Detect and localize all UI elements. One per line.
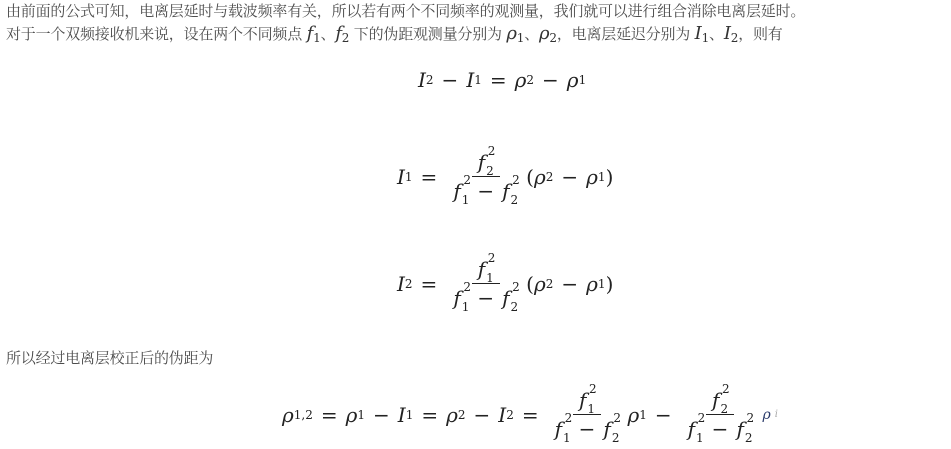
truncated-index: i [775, 409, 778, 420]
intro-line-2-part3: 电离层延迟分别为 [572, 25, 690, 43]
inline-math-I1: I1 [695, 23, 709, 44]
equation-3: I2 = f21 f21 − f22 (ρ2 − ρ1) [397, 257, 613, 310]
equation-2: I1 = f22 f21 − f22 (ρ2 − ρ1) [397, 150, 613, 203]
inline-math-rho2: ρ2 [539, 23, 557, 44]
conclusion-line: 所以经过电离层校正后的伪距为 [6, 347, 213, 369]
fraction: f21 f21 − f22 [549, 388, 626, 441]
inline-math-f1: f1 [307, 23, 321, 44]
fraction: f22 f21 − f22 [682, 388, 759, 441]
intro-line-1-text: 由前面的公式可知，电离层延时与载波频率有关，所以若有两个不同频率的观测量，我们就… [6, 2, 805, 20]
inline-math-I2: I2 [724, 23, 738, 44]
fraction: f22 f21 − f22 [447, 150, 524, 203]
equation-4: ρ1,2 = ρ1 − I1 = ρ2 − I2 = f21 f21 − f22… [282, 388, 778, 441]
conclusion-text: 所以经过电离层校正后的伪距为 [6, 349, 213, 367]
truncated-rho: ρ [762, 407, 770, 423]
intro-line-2: 对于一个双频接收机来说，设在两个不同频点 f1、f2 下的伪距观测量分别为 ρ1… [6, 23, 783, 45]
intro-line-2-part4: ，则有 [738, 25, 782, 43]
intro-line-1: 由前面的公式可知，电离层延时与载波频率有关，所以若有两个不同频率的观测量，我们就… [6, 0, 805, 22]
equation-1: I2 − I1 = ρ2 − ρ1 [418, 68, 586, 92]
intro-line-2-part2: 下的伪距观测量分别为 [354, 25, 502, 43]
fraction: f21 f21 − f22 [447, 257, 524, 310]
inline-math-rho1: ρ1 [506, 23, 524, 44]
intro-line-2-part1: 对于一个双频接收机来说，设在两个不同频点 [6, 25, 302, 43]
inline-math-f2: f2 [335, 23, 349, 44]
